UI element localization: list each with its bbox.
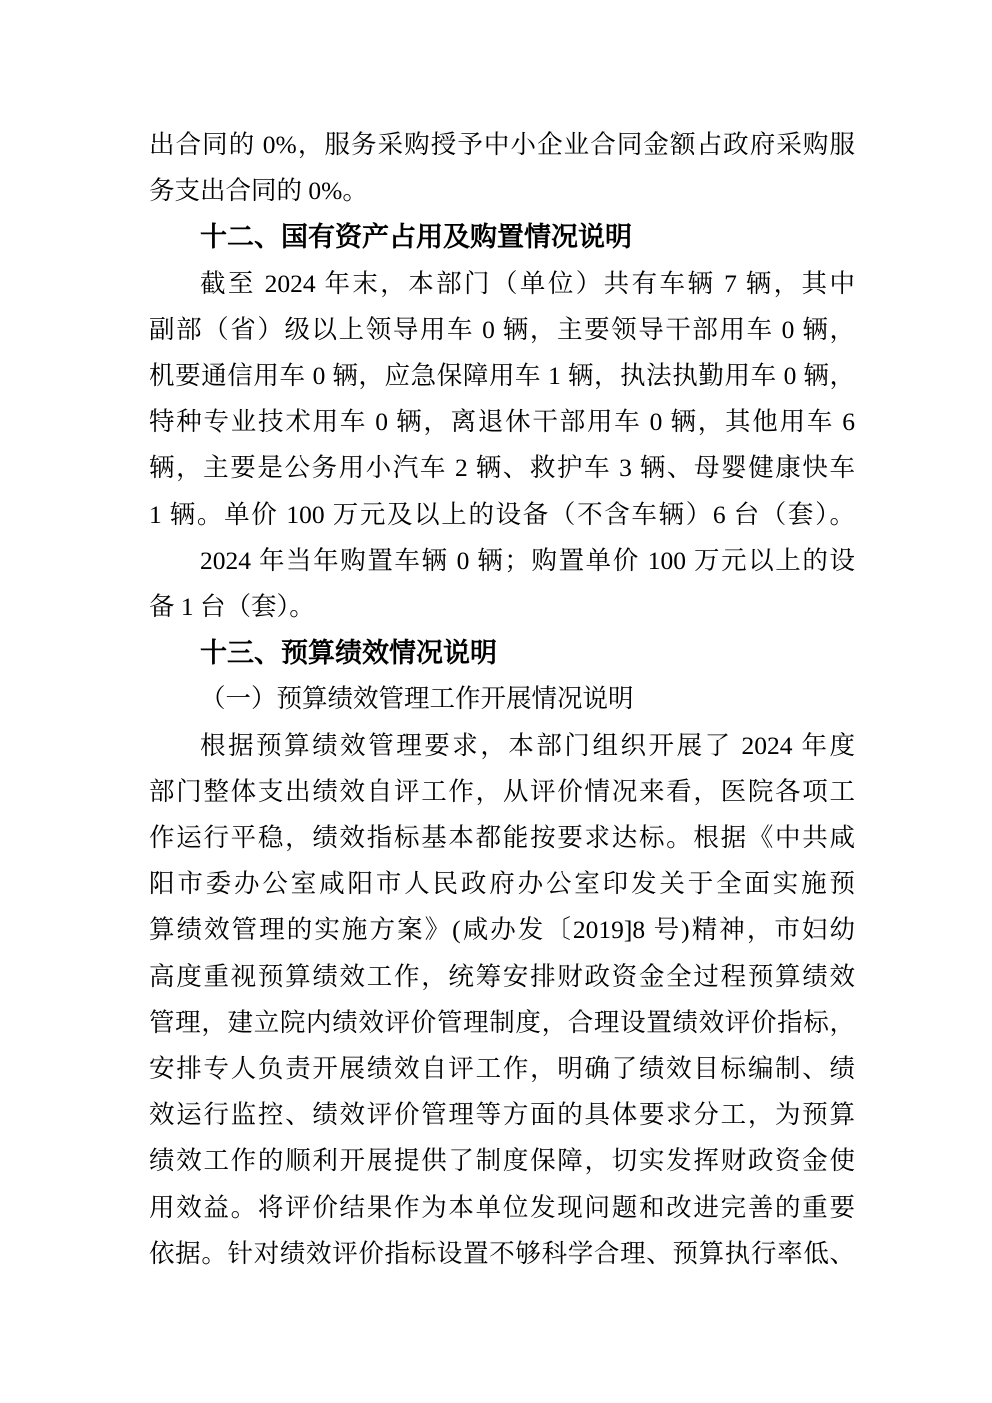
document-page: 出合同的 0%，服务采购授予中小企业合同金额占政府采购服 务支出合同的 0%。 … [0,0,992,1403]
body-line: 备 1 台（套）。 [149,584,855,630]
body-line: 效运行监控、绩效评价管理等方面的具体要求分工，为预算 [149,1092,855,1138]
body-line: 高度重视预算绩效工作，统筹安排财政资金全过程预算绩效 [149,954,855,1000]
section-heading-12: 十二、国有资产占用及购置情况说明 [149,214,855,260]
body-line: 务支出合同的 0%。 [149,168,855,214]
body-line: 机要通信用车 0 辆，应急保障用车 1 辆，执法执勤用车 0 辆， [149,353,855,399]
body-line: 阳市委办公室咸阳市人民政府办公室印发关于全面实施预 [149,861,855,907]
body-line: 根据预算绩效管理要求，本部门组织开展了 2024 年度 [149,723,855,769]
body-line: 依据。针对绩效评价指标设置不够科学合理、预算执行率低、 [149,1231,855,1277]
body-line: 特种专业技术用车 0 辆，离退休干部用车 0 辆，其他用车 6 [149,399,855,445]
body-line: 作运行平稳，绩效指标基本都能按要求达标。根据《中共咸 [149,815,855,861]
document-content: 出合同的 0%，服务采购授予中小企业合同金额占政府采购服 务支出合同的 0%。 … [149,122,855,1277]
body-line: 截至 2024 年末，本部门（单位）共有车辆 7 辆，其中 [149,261,855,307]
body-line: 算绩效管理的实施方案》(咸办发〔2019]8 号)精神，市妇幼 [149,907,855,953]
body-line: 用效益。将评价结果作为本单位发现问题和改进完善的重要 [149,1185,855,1231]
body-line: 副部（省）级以上领导用车 0 辆，主要领导干部用车 0 辆， [149,307,855,353]
section-heading-13: 十三、预算绩效情况说明 [149,630,855,676]
body-line: 管理，建立院内绩效评价管理制度，合理设置绩效评价指标， [149,1000,855,1046]
body-line: 辆，主要是公务用小汽车 2 辆、救护车 3 辆、母婴健康快车 [149,445,855,491]
body-line: 出合同的 0%，服务采购授予中小企业合同金额占政府采购服 [149,122,855,168]
body-line: 绩效工作的顺利开展提供了制度保障，切实发挥财政资金使 [149,1138,855,1184]
body-line: 部门整体支出绩效自评工作，从评价情况来看，医院各项工 [149,769,855,815]
body-line: 安排专人负责开展绩效自评工作，明确了绩效目标编制、绩 [149,1046,855,1092]
body-line: 1 辆。单价 100 万元及以上的设备（不含车辆）6 台（套）。 [149,492,855,538]
body-line: 2024 年当年购置车辆 0 辆；购置单价 100 万元以上的设 [149,538,855,584]
subsection-heading: （一）预算绩效管理工作开展情况说明 [149,676,855,722]
